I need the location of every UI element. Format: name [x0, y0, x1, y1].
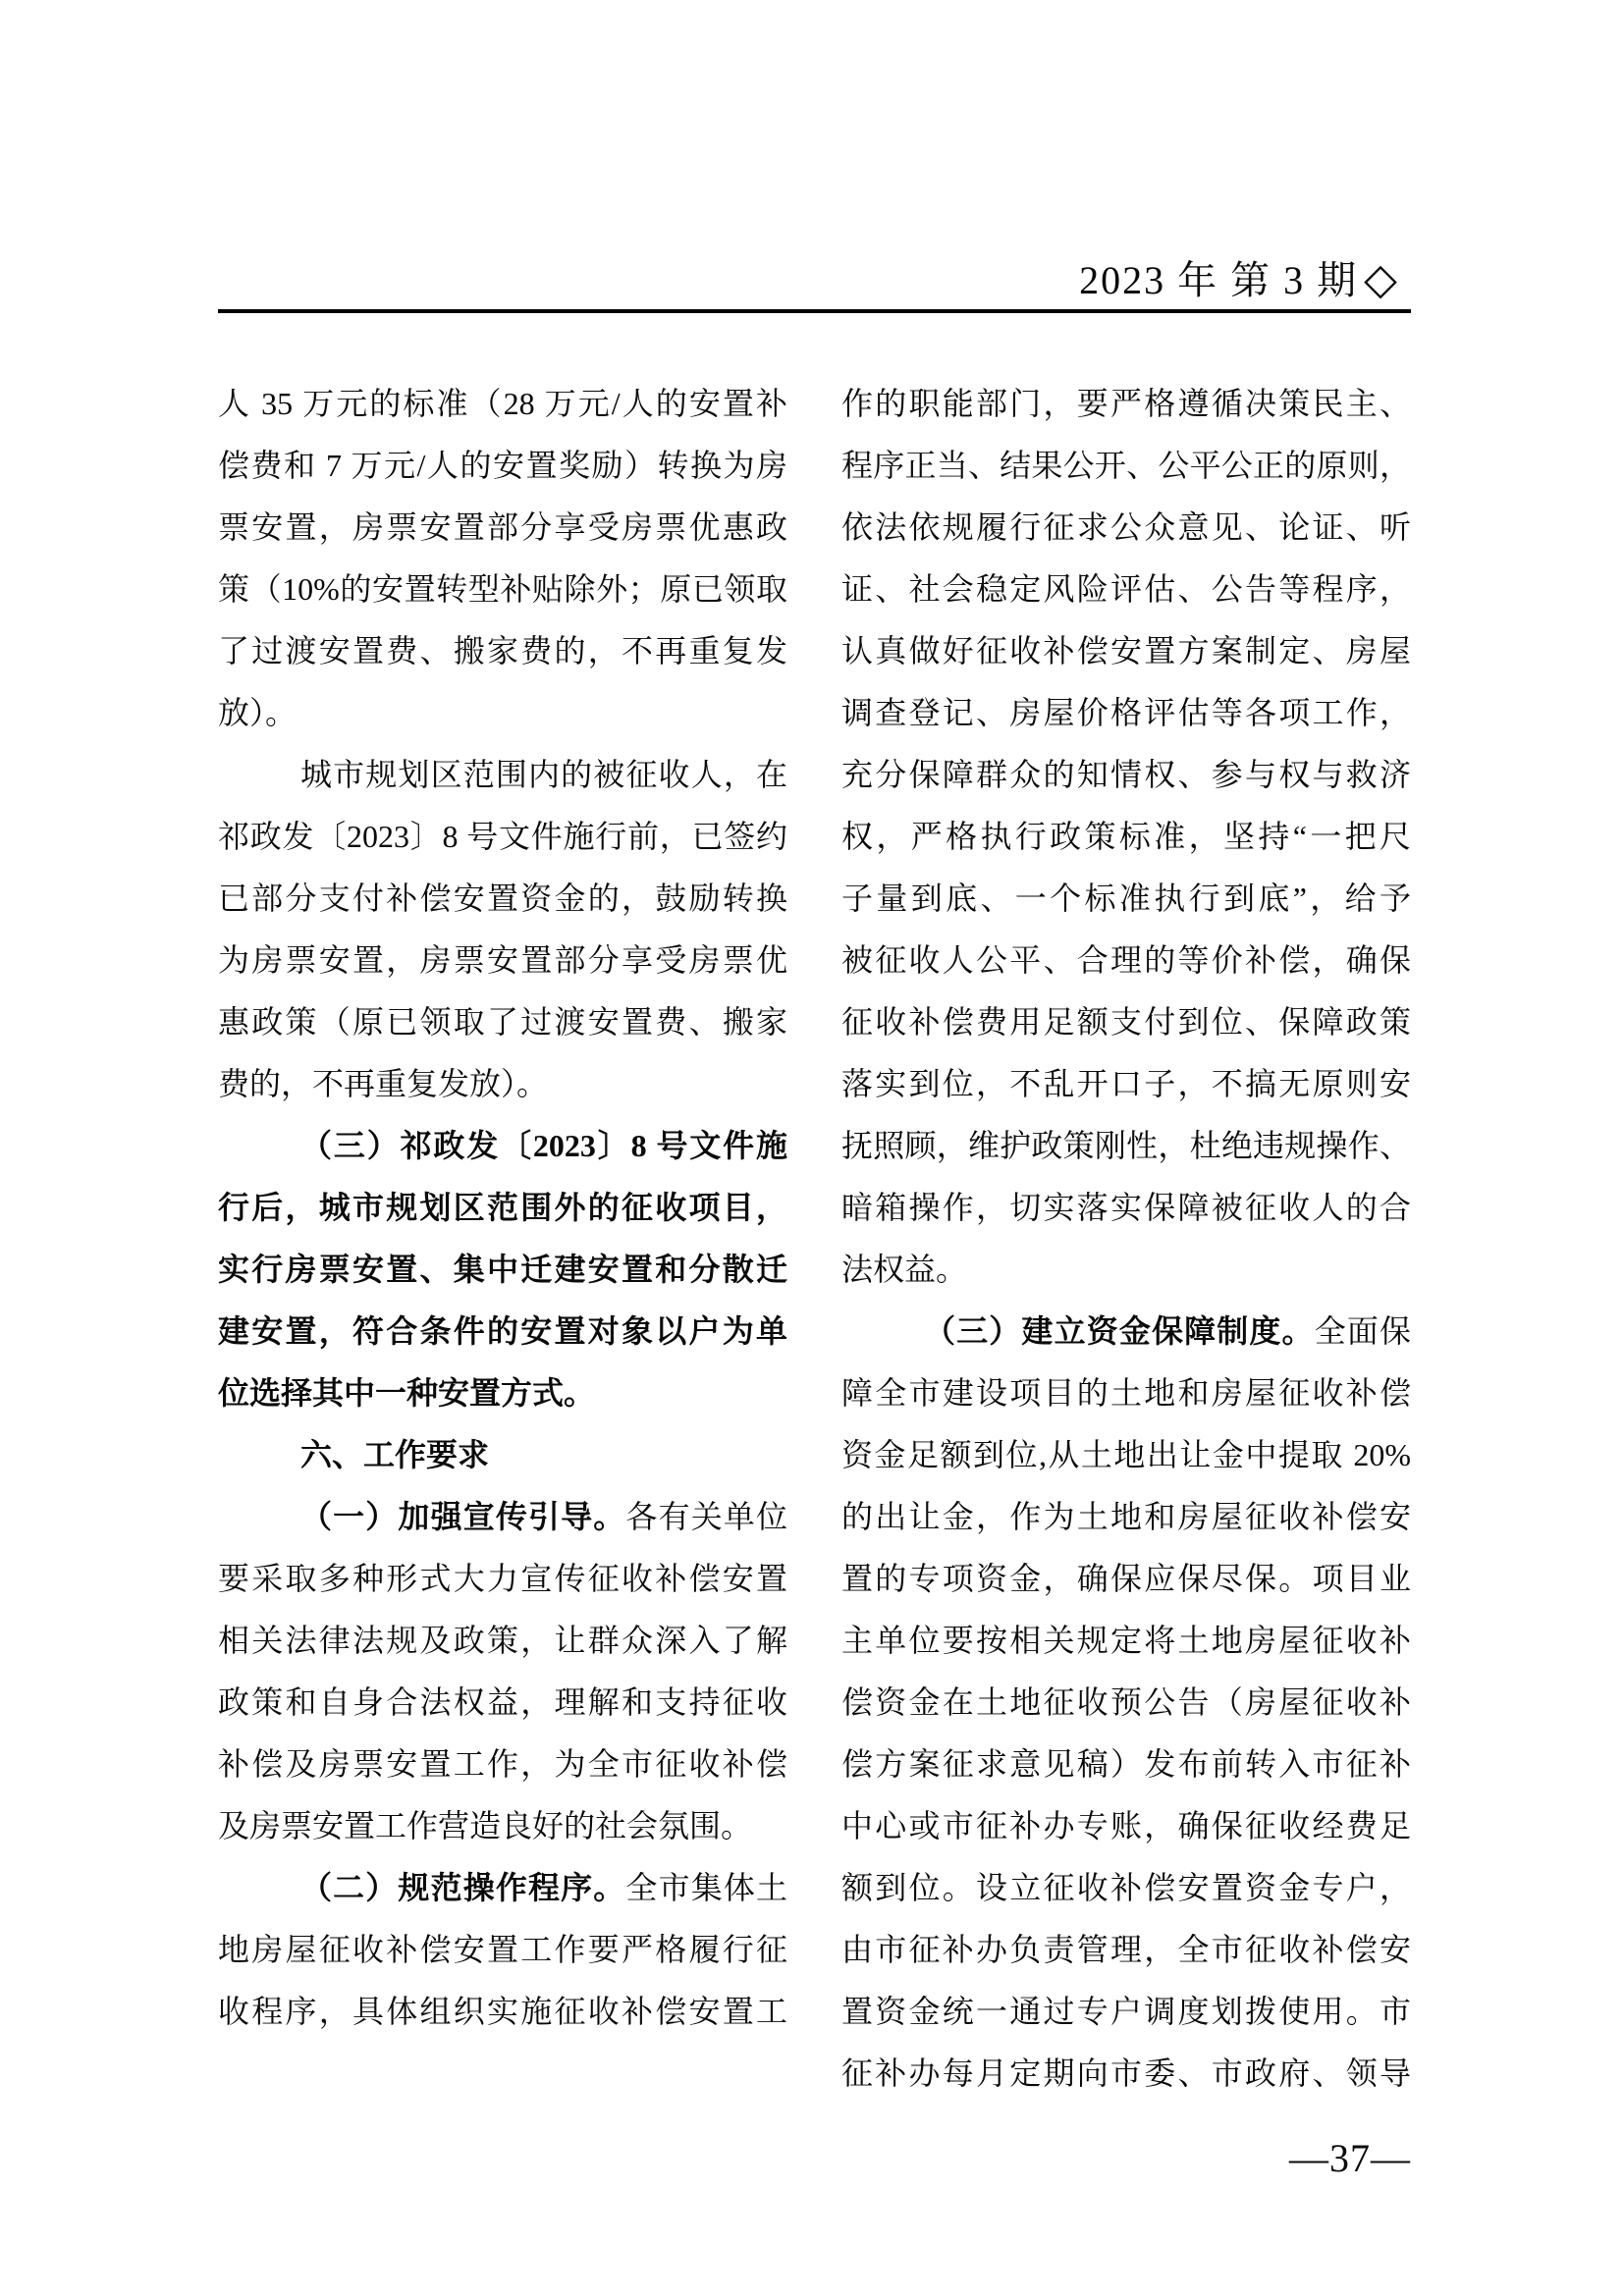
text-line: 及房票安置工作营造良好的社会氛围。 — [218, 1795, 787, 1857]
paragraph: （三）祁政发〔2023〕8 号文件施行后，城市规划区范围外的征收项目，实行房票安… — [218, 1115, 787, 1424]
paragraph: （二）规范操作程序。全市集体土地房屋征收补偿安置工作要严格履行征收程序，具体组织… — [218, 1857, 787, 2043]
paragraph: 人 35 万元的标准（28 万元/人的安置补偿费和 7 万元/人的安置奖励）转换… — [218, 373, 787, 744]
text-line: 的出让金，作为土地和房屋征收补偿安 — [841, 1486, 1411, 1548]
text-line: 调查登记、房屋价格评估等各项工作， — [841, 682, 1411, 744]
text-line: 票安置，房票安置部分享受房票优惠政 — [218, 497, 787, 559]
text-line: 置的专项资金，确保应保尽保。项目业 — [841, 1548, 1411, 1610]
paragraph-lead: （一）加强宣传引导。 — [300, 1499, 625, 1534]
column-left: 人 35 万元的标准（28 万元/人的安置补偿费和 7 万元/人的安置奖励）转换… — [218, 373, 787, 2043]
text-line: 六、工作要求 — [218, 1424, 787, 1486]
page-header: 2023 年 第 3 期◇ — [1079, 257, 1399, 303]
diamond-icon: ◇ — [1364, 255, 1399, 303]
text-line: （一）加强宣传引导。各有关单位 — [218, 1486, 787, 1548]
text-line: 征收补偿费用足额支付到位、保障政策 — [841, 991, 1411, 1053]
text-line: 偿资金在土地征收预公告（房屋征收补 — [841, 1672, 1411, 1734]
paragraph-lead: （二）规范操作程序。 — [300, 1870, 625, 1905]
paragraph: （三）建立资金保障制度。全面保障全市建设项目的土地和房屋征收补偿资金足额到位,从… — [841, 1301, 1411, 2105]
text-line: （三）建立资金保障制度。全面保 — [841, 1301, 1411, 1362]
text-line: 法权益。 — [841, 1239, 1411, 1301]
text-line: 已部分支付补偿安置资金的，鼓励转换 — [218, 868, 787, 930]
text-line: 行后，城市规划区范围外的征收项目， — [218, 1177, 787, 1239]
text-line: 充分保障群众的知情权、参与权与救济 — [841, 744, 1411, 806]
text-line: 被征收人公平、合理的等价补偿，确保 — [841, 930, 1411, 991]
text-line: 费的，不再重复发放）。 — [218, 1053, 787, 1115]
text-line: 惠政策（原已领取了过渡安置费、搬家 — [218, 991, 787, 1053]
text-line: 子量到底、一个标准执行到底”，给予 — [841, 868, 1411, 930]
text-line: （二）规范操作程序。全市集体土 — [218, 1857, 787, 1919]
paragraph-lead: （三）建立资金保障制度。 — [924, 1313, 1315, 1349]
text-line: 偿费和 7 万元/人的安置奖励）转换为房 — [218, 435, 787, 497]
text-line: 额到位。设立征收补偿安置资金专户， — [841, 1857, 1411, 1919]
text-line: 要采取多种形式大力宣传征收补偿安置 — [218, 1548, 787, 1610]
paragraph: 作的职能部门，要严格遵循决策民主、程序正当、结果公开、公平公正的原则，依法依规履… — [841, 373, 1411, 1301]
column-right: 作的职能部门，要严格遵循决策民主、程序正当、结果公开、公平公正的原则，依法依规履… — [841, 373, 1411, 2105]
text-line: 程序正当、结果公开、公平公正的原则， — [841, 435, 1411, 497]
text-line: 征补办每月定期向市委、市政府、领导 — [841, 2043, 1411, 2105]
text-line: 资金足额到位,从土地出让金中提取 20% — [841, 1424, 1411, 1486]
document-page: 2023 年 第 3 期◇ 人 35 万元的标准（28 万元/人的安置补偿费和 … — [0, 0, 1623, 2296]
text-line: 落实到位，不乱开口子，不搞无原则安 — [841, 1053, 1411, 1115]
text-line: 收程序，具体组织实施征收补偿安置工 — [218, 1981, 787, 2043]
text-line: 位选择其中一种安置方式。 — [218, 1362, 787, 1424]
text-line: 障全市建设项目的土地和房屋征收补偿 — [841, 1362, 1411, 1424]
text-line: 由市征补办负责管理，全市征收补偿安 — [841, 1919, 1411, 1981]
text-line: 地房屋征收补偿安置工作要严格履行征 — [218, 1919, 787, 1981]
text-line: 认真做好征收补偿安置方案制定、房屋 — [841, 620, 1411, 682]
text-line: 祁政发〔2023〕8 号文件施行前，已签约 — [218, 806, 787, 868]
paragraph: （一）加强宣传引导。各有关单位要采取多种形式大力宣传征收补偿安置相关法律法规及政… — [218, 1486, 787, 1857]
text-line: 权，严格执行政策标准，坚持“一把尺 — [841, 806, 1411, 868]
text-line: 主单位要按相关规定将土地房屋征收补 — [841, 1610, 1411, 1672]
text-line: 中心或市征补办专账，确保征收经费足 — [841, 1795, 1411, 1857]
text-line: 城市规划区范围内的被征收人，在 — [218, 744, 787, 806]
text-line: 实行房票安置、集中迁建安置和分散迁 — [218, 1239, 787, 1301]
text-line: 抚照顾，维护政策刚性，杜绝违规操作、 — [841, 1115, 1411, 1177]
section-heading: 六、工作要求 — [218, 1424, 787, 1486]
text-line: 相关法律法规及政策，让群众深入了解 — [218, 1610, 787, 1672]
text-line: 依法依规履行征求公众意见、论证、听 — [841, 497, 1411, 559]
paragraph: 城市规划区范围内的被征收人，在祁政发〔2023〕8 号文件施行前，已签约已部分支… — [218, 744, 787, 1115]
text-line: 人 35 万元的标准（28 万元/人的安置补 — [218, 373, 787, 435]
page-number: —37— — [1289, 2136, 1411, 2181]
text-line: 放）。 — [218, 682, 787, 744]
text-line: 作的职能部门，要严格遵循决策民主、 — [841, 373, 1411, 435]
header-rule — [218, 309, 1411, 313]
text-line: 策（10%的安置转型补贴除外；原已领取 — [218, 559, 787, 620]
text-line: 政策和自身合法权益，理解和支持征收 — [218, 1672, 787, 1734]
text-line: 证、社会稳定风险评估、公告等程序， — [841, 559, 1411, 620]
text-line: 偿方案征求意见稿）发布前转入市征补 — [841, 1734, 1411, 1795]
text-line: 建安置，符合条件的安置对象以户为单 — [218, 1301, 787, 1362]
text-line: 暗箱操作，切实落实保障被征收人的合 — [841, 1177, 1411, 1239]
text-line: 补偿及房票安置工作，为全市征收补偿 — [218, 1734, 787, 1795]
text-line: 了过渡安置费、搬家费的，不再重复发 — [218, 620, 787, 682]
text-line: （三）祁政发〔2023〕8 号文件施 — [218, 1115, 787, 1177]
text-line: 为房票安置，房票安置部分享受房票优 — [218, 930, 787, 991]
text-line: 置资金统一通过专户调度划拨使用。市 — [841, 1981, 1411, 2043]
issue-label: 2023 年 第 3 期 — [1079, 258, 1358, 302]
